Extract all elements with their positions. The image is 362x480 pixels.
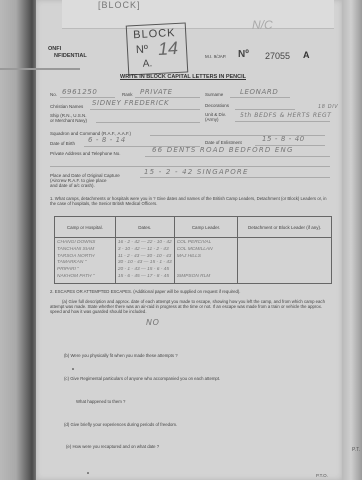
background-folder-left (0, 0, 40, 480)
address-value: 66 DENTS ROAD BEDFORD ENG (152, 146, 294, 154)
question-1-text: 1. What camps, detachments or hospitals … (50, 196, 332, 206)
ship-label: Ship (R.N., U.S.N.or Merchant Navy) (50, 113, 87, 123)
table-cell: PRIPARI " (57, 267, 113, 274)
camps-table: Camp or Hospital. Dates. Camp Leader. De… (54, 216, 332, 284)
question-2c-text: (c) Give Regimental particulars of anyon… (64, 376, 220, 381)
col-detachment: Detachment or Block Leader (if any). (238, 217, 332, 238)
detachment-cells (238, 238, 332, 284)
dob-label: Date of Birth (50, 141, 75, 146)
block-number: 14 (157, 38, 178, 60)
question-2e-text: (e) How were you recaptured and on what … (66, 444, 159, 449)
table-cell (177, 260, 236, 267)
unit-annotation: 18 DIV (318, 104, 338, 110)
camp-cells: CHANGI DOWNS TANCHANI SIAM TARSOA NORTH … (55, 238, 116, 284)
unit-label: Unit & Div.(Army) (205, 112, 226, 122)
leader-cells: COL PERCIVAL COL MCMILLAN MAJ HILLS SIMP… (174, 238, 238, 284)
background-page-right: P.T. (340, 0, 362, 480)
enlistment-value: 15 - 8 - 40 (262, 135, 305, 143)
surname-value: LEONARD (240, 88, 278, 96)
corner-note: N/C (252, 18, 273, 32)
col-camp: Camp or Hospital. (55, 217, 116, 238)
table-cell: SIMPSON RLM (177, 274, 236, 281)
table-cell: 15 - 6 - 45 — 17 - 8 - 45 (118, 274, 172, 281)
pto-right-label: P.T. (352, 447, 360, 453)
christian-names-label: Christian Names (50, 104, 83, 109)
top-scrawl: [BLOCK] (98, 0, 141, 10)
question-2a-answer: NO (146, 318, 159, 327)
surname-label: Surname (205, 92, 223, 97)
unit-value: 5th BEDFS & HERTS REGT (240, 112, 332, 119)
no-value: 6961250 (62, 88, 97, 96)
table-cell (177, 267, 236, 274)
classification-label: ONFI NFIDENTIAL (48, 46, 87, 60)
rank-value: PRIVATE (140, 88, 173, 96)
address-label: Private Address and Telephone No. (50, 151, 120, 156)
table-cell: 16 - 2 - 42 — 22 - 10 - 42 (118, 240, 172, 247)
rank-label: Rank (122, 92, 133, 97)
question-2-heading: 2. ESCAPES OR ATTEMPTED ESCAPES. (Additi… (50, 289, 332, 294)
mi-reference: M.I. 9/JAP. (205, 54, 226, 59)
question-2d-text: (d) Give briefly your experiences during… (64, 422, 177, 427)
table-cell: 3 - 10 - 42 — 11 - 2 - 43 (118, 247, 172, 254)
capture-label: Place and Date of Original Capture(Aircr… (50, 173, 120, 188)
table-cell: NAKHOM PATH " (57, 274, 113, 281)
paper-clip-wire (0, 68, 80, 70)
no-label: No. (50, 92, 57, 97)
question-2a-text: (a) Give full description and approx. da… (50, 299, 332, 315)
serial-no-label: Nº (238, 49, 249, 60)
serial-number: 27055 (265, 51, 290, 61)
table-cell: TANCHANI SIAM (57, 247, 113, 254)
capture-value: 15 - 2 - 42 SINGAPORE (144, 168, 249, 176)
table-body: CHANGI DOWNS TANCHANI SIAM TARSOA NORTH … (55, 238, 332, 284)
table-cell: COL MCMILLAN (177, 247, 236, 254)
serial-suffix: A (303, 50, 310, 60)
pto-label: P.T.O. (316, 473, 328, 478)
table-cell: MAJ HILLS (177, 254, 236, 261)
table-cell: COL PERCIVAL (177, 240, 236, 247)
question-2c-followup: What happened to them ? (76, 399, 125, 404)
christian-names-value: SIDNEY FREDERICK (92, 99, 169, 107)
enlistment-label: Date of Enlistment (205, 140, 242, 145)
col-dates: Dates. (115, 217, 174, 238)
dob-value: 6 - 8 - 14 (88, 136, 126, 144)
question-2b-text: (b) Were you physically fit when you mad… (64, 353, 178, 358)
col-leader: Camp Leader. (174, 217, 238, 238)
block-stamp: BLOCK Nº 14 A. (126, 22, 189, 75)
table-cell: CHANGI DOWNS (57, 240, 113, 247)
instruction-heading: WRITE IN BLOCK CAPITAL LETTERS IN PENCIL (120, 74, 246, 80)
decorations-label: Decorations (205, 103, 229, 108)
table-cell: 20 - 1 - 43 — 15 - 6 - 45 (118, 267, 172, 274)
dates-cells: 16 - 2 - 42 — 22 - 10 - 42 3 - 10 - 42 —… (115, 238, 174, 284)
